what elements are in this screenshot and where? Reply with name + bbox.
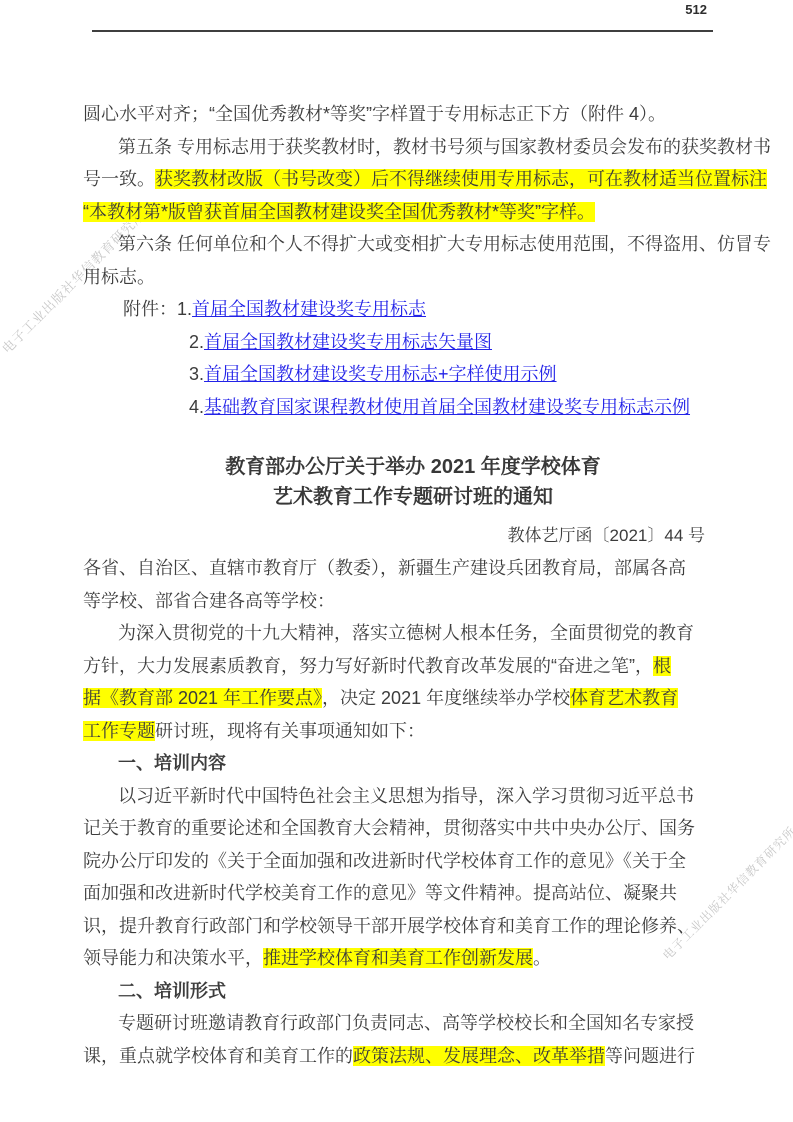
attachments-label: 附件： (123, 299, 177, 319)
text-line: 记关于教育的重要论述和全国教育大会精神，贯彻落实中共中央办公厅、国务 (83, 812, 713, 845)
text-line: 识，提升教育行政部门和学校领导干部开展学校体育和美育工作的理论修养、 (83, 910, 713, 943)
text-line: 院办公厅印发的《关于全面加强和改进新时代学校体育工作的意见》《关于全 (83, 845, 713, 878)
attachment-number: 3. (189, 364, 204, 384)
document-page: 512 电子工业出版社华信教育研究所 电子工业出版社华信教育研究所 圆心水平对齐… (0, 0, 793, 1122)
text-segment: 第六条 任何单位和个人不得扩大或变相扩大专用标志使用范围，不得盗用、仿冒专 (118, 234, 771, 254)
regulation-text: 圆心水平对齐；“全国优秀教材*等奖”字样置于专用标志正下方（附件 4）。第五条 … (83, 98, 713, 293)
text-segment: 记关于教育的重要论述和全国教育大会精神，贯彻落实中共中央办公厅、国务 (83, 818, 695, 838)
text-line: “本教材第*版曾获首届全国教材建设奖全国优秀教材*等奖”字样。 (83, 196, 713, 229)
attachment-link[interactable]: 基础教育国家课程教材使用首届全国教材建设奖专用标志示例 (204, 397, 690, 417)
attachments-list: 附件：1.首届全国教材建设奖专用标志2.首届全国教材建设奖专用标志矢量图3.首届… (83, 293, 713, 423)
text-segment: 研讨班，现将有关事项通知如下： (155, 721, 425, 741)
text-line: 各省、自治区、直辖市教育厅（教委），新疆生产建设兵团教育局，部属各高 (83, 552, 713, 585)
highlighted-text: 推进学校体育和美育工作创新发展 (263, 948, 533, 968)
highlighted-text: 获奖教材改版（书号改变）后不得继续使用专用标志，可在教材适当位置标注 (155, 169, 767, 189)
text-line: 专题研讨班邀请教育行政部门负责同志、高等学校校长和全国知名专家授 (118, 1007, 713, 1040)
text-segment: 一、培训内容 (118, 753, 226, 773)
text-segment: 二、培训形式 (118, 981, 226, 1001)
doc-number: 教体艺厅函〔2021〕44 号 (113, 523, 713, 549)
text-segment: 为深入贯彻党的十九大精神，落实立德树人根本任务，全面贯彻党的教育 (118, 623, 694, 643)
text-line: 圆心水平对齐；“全国优秀教材*等奖”字样置于专用标志正下方（附件 4）。 (83, 98, 713, 131)
attachment-link[interactable]: 首届全国教材建设奖专用标志 (192, 299, 426, 319)
highlighted-text: 政策法规、发展理念、改革举措 (353, 1046, 605, 1066)
attachment-item: 3.首届全国教材建设奖专用标志+字样使用示例 (189, 358, 713, 391)
text-line: 领导能力和决策水平，推进学校体育和美育工作创新发展。 (83, 942, 713, 975)
text-segment: 用标志。 (83, 267, 155, 287)
text-segment: 院办公厅印发的《关于全面加强和改进新时代学校体育工作的意见》《关于全 (83, 851, 686, 871)
text-segment: 圆心水平对齐；“全国优秀教材*等奖”字样置于专用标志正下方（附件 4）。 (83, 104, 666, 124)
attachment-item: 2.首届全国教材建设奖专用标志矢量图 (189, 326, 713, 359)
notice-title-line2: 艺术教育工作专题研讨班的通知 (113, 482, 713, 512)
notice-body: 各省、自治区、直辖市教育厅（教委），新疆生产建设兵团教育局，部属各高等学校、部省… (83, 552, 713, 1072)
text-line: 第六条 任何单位和个人不得扩大或变相扩大专用标志使用范围，不得盗用、仿冒专 (118, 228, 713, 261)
text-line: 号一致。获奖教材改版（书号改变）后不得继续使用专用标志，可在教材适当位置标注 (83, 163, 713, 196)
attachment-number: 1. (177, 299, 192, 319)
text-segment: 专题研讨班邀请教育行政部门负责同志、高等学校校长和全国知名专家授 (118, 1013, 694, 1033)
text-segment: ，决定 2021 年度继续举办学校 (322, 688, 570, 708)
text-segment: 方针，大力发展素质教育，努力写好新时代教育改革发展的“奋进之笔”， (83, 656, 653, 676)
section-heading: 一、培训内容 (118, 747, 713, 780)
text-line: 课，重点就学校体育和美育工作的政策法规、发展理念、改革举措等问题进行 (83, 1040, 713, 1073)
page-number: 512 (685, 2, 707, 17)
highlighted-text: “本教材第*版曾获首届全国教材建设奖全国优秀教材*等奖”字样。 (83, 202, 595, 222)
text-line: 方针，大力发展素质教育，努力写好新时代教育改革发展的“奋进之笔”，根 (83, 650, 713, 683)
text-line: 等学校、部省合建各高等学校： (83, 585, 713, 618)
text-segment: 领导能力和决策水平， (83, 948, 263, 968)
text-line: 第五条 专用标志用于获奖教材时，教材书号须与国家教材委员会发布的获奖教材书 (118, 131, 713, 164)
text-segment: 号一致。 (83, 169, 155, 189)
text-segment: 识，提升教育行政部门和学校领导干部开展学校体育和美育工作的理论修养、 (83, 916, 695, 936)
text-segment: 。 (533, 948, 551, 968)
text-segment: 课，重点就学校体育和美育工作的 (83, 1046, 353, 1066)
highlighted-text: 据《教育部 2021 年工作要点》 (83, 688, 322, 708)
text-segment: 以习近平新时代中国特色社会主义思想为指导，深入学习贯彻习近平总书 (118, 786, 694, 806)
text-line: 工作专题研讨班，现将有关事项通知如下： (83, 715, 713, 748)
content-column: 圆心水平对齐；“全国优秀教材*等奖”字样置于专用标志正下方（附件 4）。第五条 … (83, 98, 713, 1072)
header-rule (92, 30, 713, 32)
text-segment: 各省、自治区、直辖市教育厅（教委），新疆生产建设兵团教育局，部属各高 (83, 558, 686, 578)
attachment-number: 4. (189, 397, 204, 417)
text-segment: 面加强和改进新时代学校美育工作的意见》等文件精神。提高站位、凝聚共 (83, 883, 677, 903)
attachment-link[interactable]: 首届全国教材建设奖专用标志矢量图 (204, 332, 492, 352)
text-segment: 等问题进行 (605, 1046, 695, 1066)
highlighted-text: 根 (653, 656, 671, 676)
text-line: 据《教育部 2021 年工作要点》，决定 2021 年度继续举办学校体育艺术教育 (83, 682, 713, 715)
text-line: 为深入贯彻党的十九大精神，落实立德树人根本任务，全面贯彻党的教育 (118, 617, 713, 650)
text-line: 面加强和改进新时代学校美育工作的意见》等文件精神。提高站位、凝聚共 (83, 877, 713, 910)
attachment-link[interactable]: 首届全国教材建设奖专用标志+字样使用示例 (204, 364, 557, 384)
text-line: 用标志。 (83, 261, 713, 294)
notice-title-line1: 教育部办公厅关于举办 2021 年度学校体育 (113, 452, 713, 482)
text-segment: 第五条 专用标志用于获奖教材时，教材书号须与国家教材委员会发布的获奖教材书 (118, 137, 771, 157)
section-heading: 二、培训形式 (118, 975, 713, 1008)
attachment-item: 附件：1.首届全国教材建设奖专用标志 (123, 293, 713, 326)
attachment-number: 2. (189, 332, 204, 352)
highlighted-text: 工作专题 (83, 721, 155, 741)
text-segment: 等学校、部省合建各高等学校： (83, 591, 335, 611)
attachment-item: 4.基础教育国家课程教材使用首届全国教材建设奖专用标志示例 (189, 391, 713, 424)
highlighted-text: 体育艺术教育 (570, 688, 678, 708)
text-line: 以习近平新时代中国特色社会主义思想为指导，深入学习贯彻习近平总书 (118, 780, 713, 813)
notice-title-block: 教育部办公厅关于举办 2021 年度学校体育 艺术教育工作专题研讨班的通知 教体… (83, 452, 713, 549)
